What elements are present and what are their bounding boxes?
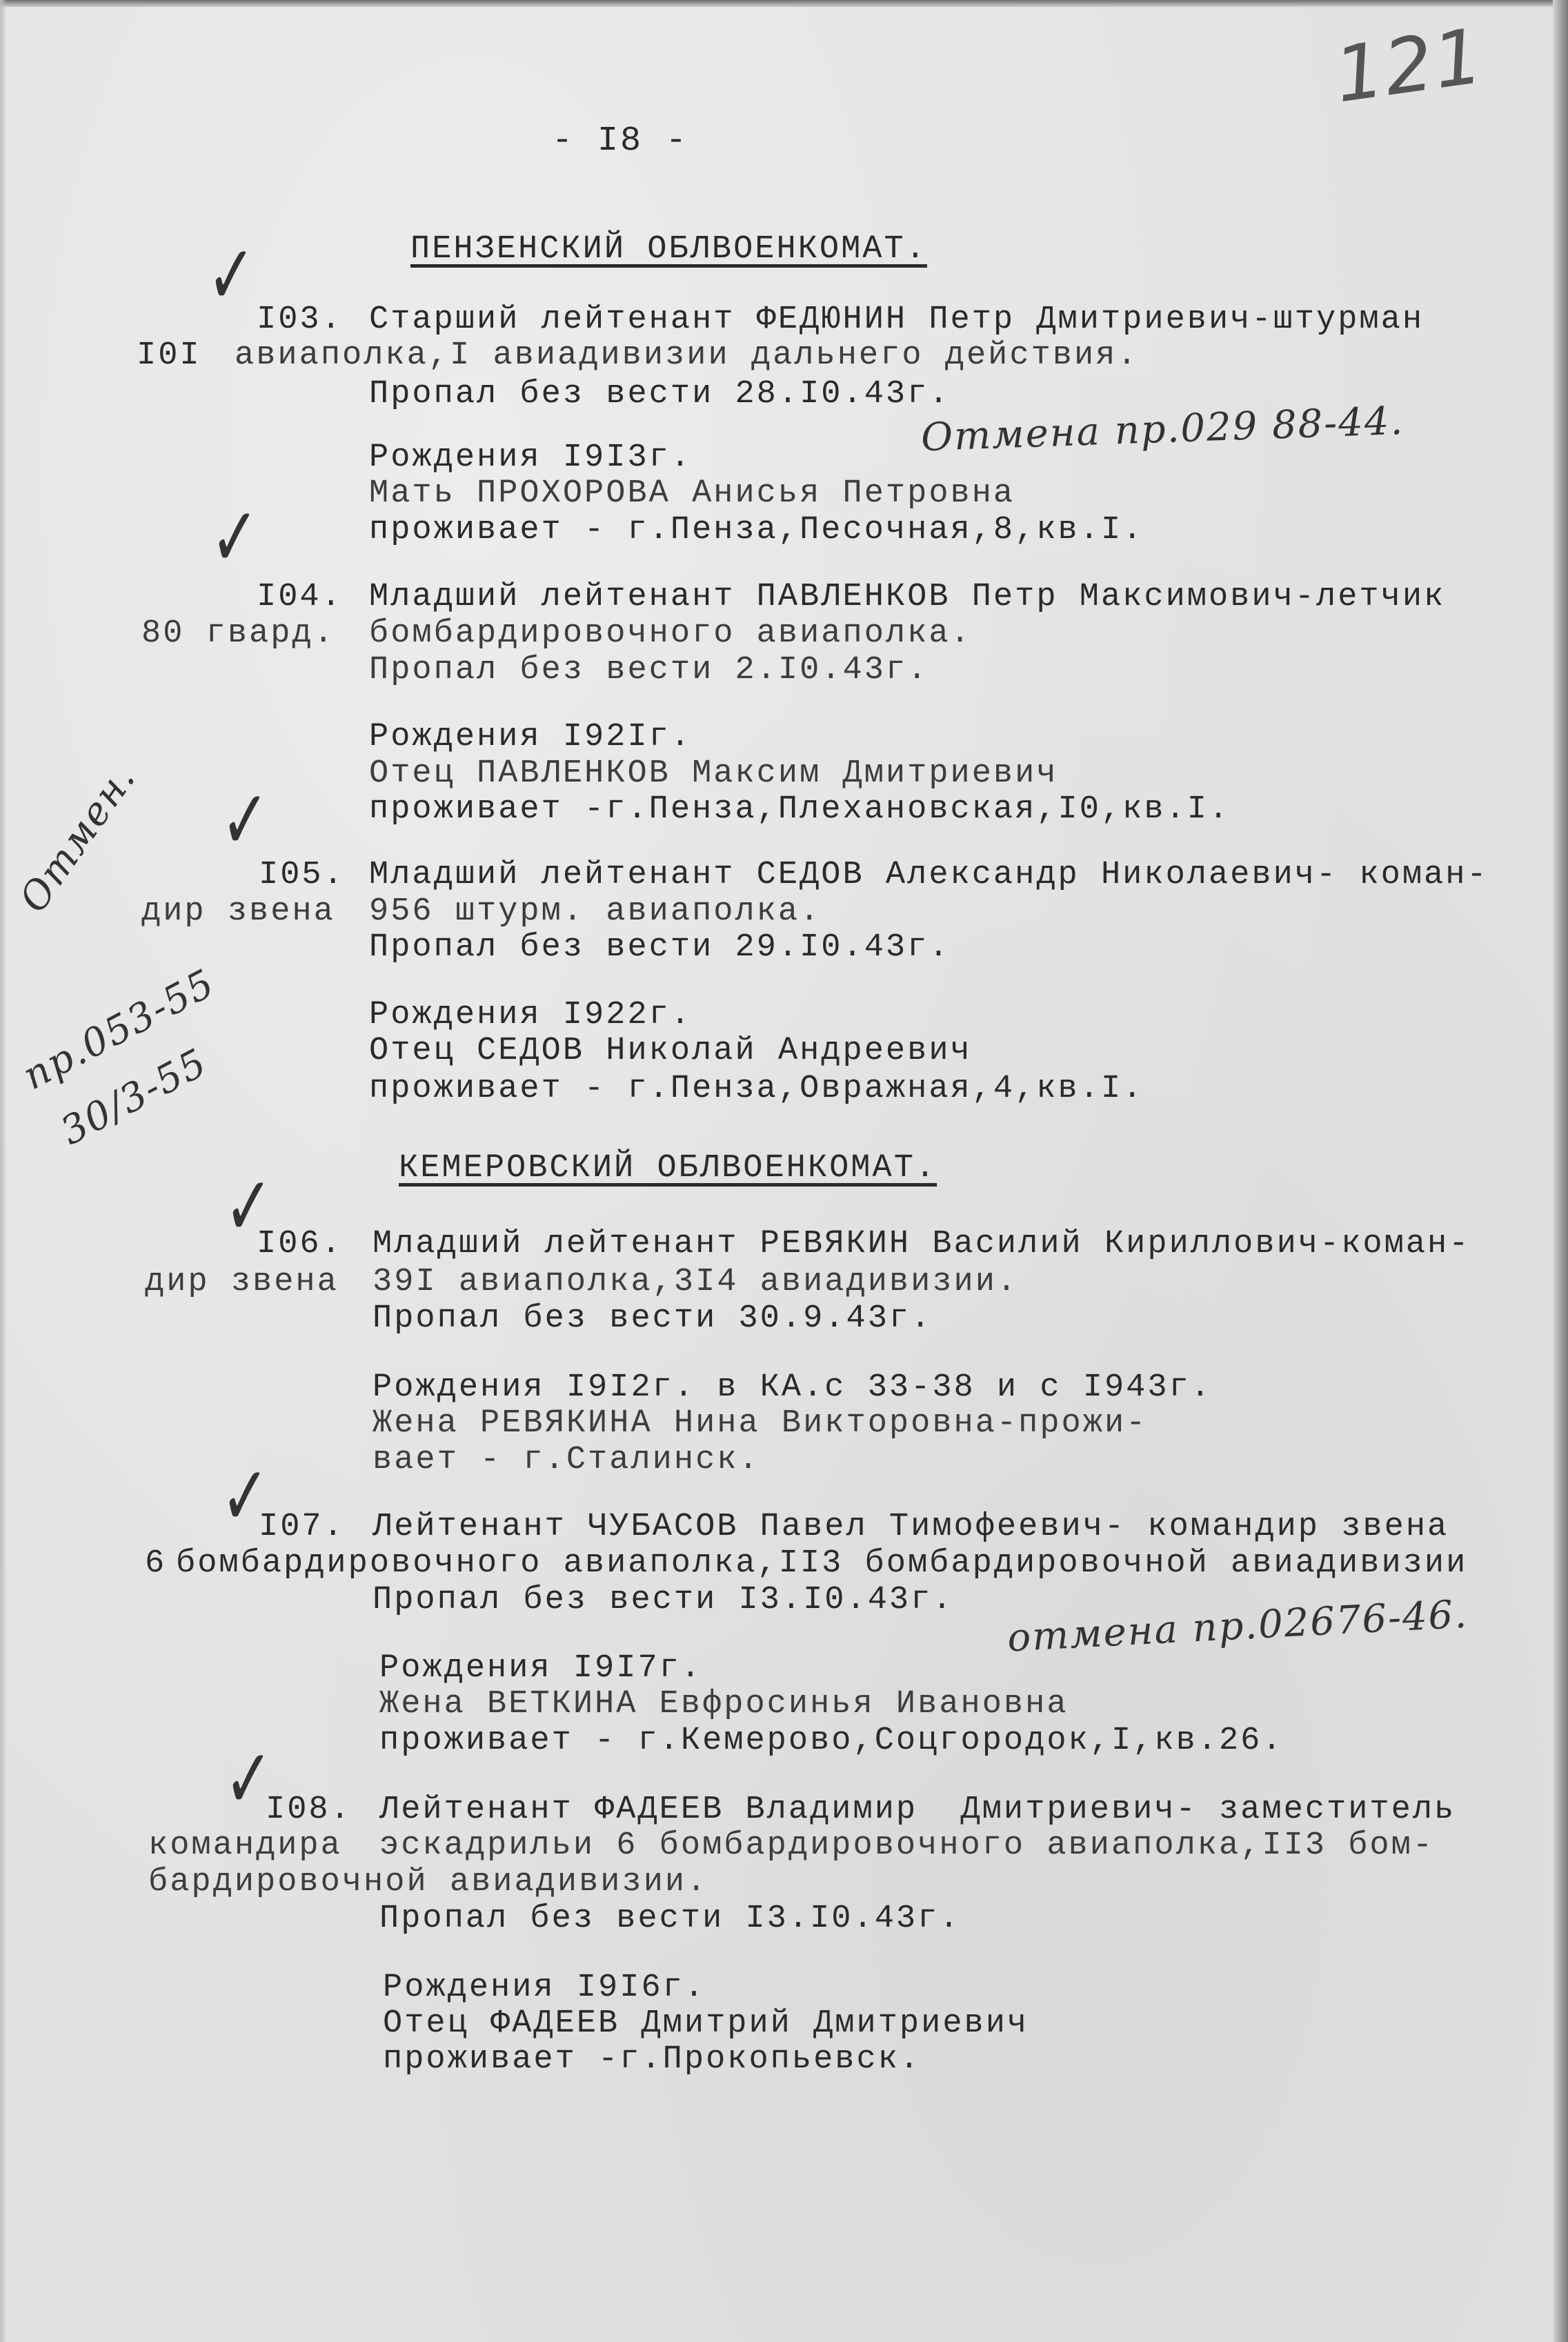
entry-birth: Рождения I9I3г. [369,441,692,474]
entry-line2: 956 штурм. авиаполка. [369,895,821,928]
entry-address: проживает -г.Прокопьевск. [383,2043,921,2076]
entry-number: I03. [257,304,343,336]
entry-line2-prefix: 6 [145,1547,166,1580]
entry-line3: бардировочной авиадивизии. [148,1866,708,1898]
entry-line2-prefix: 80 гвард. [141,617,335,650]
entry-line1: Старший лейтенант ФЕДЮНИН Петр Дмитриеви… [369,304,1424,336]
entry-line2-prefix: I0I [137,339,201,372]
entry-line2-prefix: дир звена [145,1266,339,1298]
entry-line1: Младший лейтенант РЕВЯКИН Василий Кирилл… [373,1228,1470,1260]
entry-missing-date: Пропал без вести I3.I0.43г. [373,1584,954,1616]
entry-line1: Младший лейтенант СЕДОВ Александр Никола… [369,859,1489,891]
entry-relative: Отец ПАВЛЕНКОВ Максим Дмитриевич [369,757,1058,790]
entry-number: I07. [259,1511,345,1543]
entry-address: проживает - г.Кемерово,Соцгородок,I,кв.2… [379,1725,1284,1757]
entry-address: вает - г.Сталинск. [373,1444,760,1476]
page-right-edge [1553,0,1568,2342]
entry-relative: Мать ПРОХОРОВА Анисья Петровна [369,477,1015,510]
entry-line2: бомбардировочного авиаполка. [369,617,972,650]
entry-missing-date: Пропал без вести 2.I0.43г. [369,654,929,686]
entry-address: проживает - г.Пенза,Песочная,8,кв.I. [369,514,1144,546]
margin-annotation-line1: Отмен. [14,758,143,919]
entry-number: I06. [257,1228,343,1260]
entry-relative: Отец ФАДЕЕВ Дмитрий Дмитриевич [383,2007,1029,2040]
entry-address: проживает - г.Пенза,Овражная,4,кв.I. [369,1073,1144,1105]
checkmark-icon: ✓ [207,235,255,317]
checkmark-icon: ✓ [210,497,259,579]
handwritten-annotation: отмена пр.02676-46. [1006,1596,1469,1658]
entry-birth: Рождения I92Iг. [369,721,692,753]
entry-relative: Отец СЕДОВ Николай Андреевич [369,1035,972,1067]
section-heading-penza: ПЕНЗЕНСКИЙ ОБЛВОЕНКОМАТ. [410,233,927,266]
entry-relative: Жена РЕВЯКИНА Нина Викторовна-прожи- [373,1407,1147,1440]
entry-line2-prefix: командира [148,1829,342,1862]
entry-number: I04. [257,581,343,613]
page-top-edge [0,0,1568,7]
page-left-shadow [0,0,7,2342]
entry-birth: Рождения I9I7г. [379,1652,702,1685]
entry-line2: бомбардировочного авиаполка,II3 бомбарди… [176,1547,1467,1580]
section-heading-kemerovo: КЕМЕРОВСКИЙ ОБЛВОЕНКОМАТ. [399,1152,937,1184]
entry-line2: авиаполка,I авиадивизии дальнего действи… [235,339,1139,372]
handwritten-annotation: Отмена пр.029 88-44. [920,402,1405,457]
entry-birth: Рождения I922г. [369,999,692,1031]
entry-line1: Младший лейтенант ПАВЛЕНКОВ Петр Максимо… [369,581,1445,613]
entry-birth: Рождения I9I2г. в КА.с 33-38 и с I943г. [373,1371,1212,1404]
page-number: - I8 - [552,124,688,159]
entry-missing-date: Пропал без вести I3.I0.43г. [379,1903,961,1935]
entry-number: I05. [259,859,345,891]
entry-line2-prefix: дир звена [141,895,335,928]
scanned-page: 121 - I8 - ПЕНЗЕНСКИЙ ОБЛВОЕНКОМАТ. ✓ I0… [0,0,1568,2342]
entry-line2: эскадрильи 6 бомбардировочного авиаполка… [379,1829,1434,1862]
folio-number: 121 [1330,18,1488,114]
entry-birth: Рождения I9I6г. [383,1972,706,2004]
entry-address: проживает -г.Пенза,Плехановская,I0,кв.I. [369,793,1230,826]
entry-missing-date: Пропал без вести 29.I0.43г. [369,931,951,964]
entry-number: I08. [266,1794,352,1826]
entry-line1: Лейтенант ФАДЕЕВ Владимир Дмитриевич- за… [379,1794,1456,1826]
entry-relative: Жена ВЕТКИНА Евфросинья Ивановна [379,1688,1069,1720]
entry-line1: Лейтенант ЧУБАСОВ Павел Тимофеевич- кома… [373,1511,1449,1543]
entry-missing-date: Пропал без вести 30.9.43г. [373,1302,932,1335]
entry-line2: 39I авиаполка,3I4 авиадивизии. [373,1266,1018,1298]
entry-missing-date: Пропал без вести 28.I0.43г. [369,378,951,410]
checkmark-icon: ✓ [221,780,269,862]
